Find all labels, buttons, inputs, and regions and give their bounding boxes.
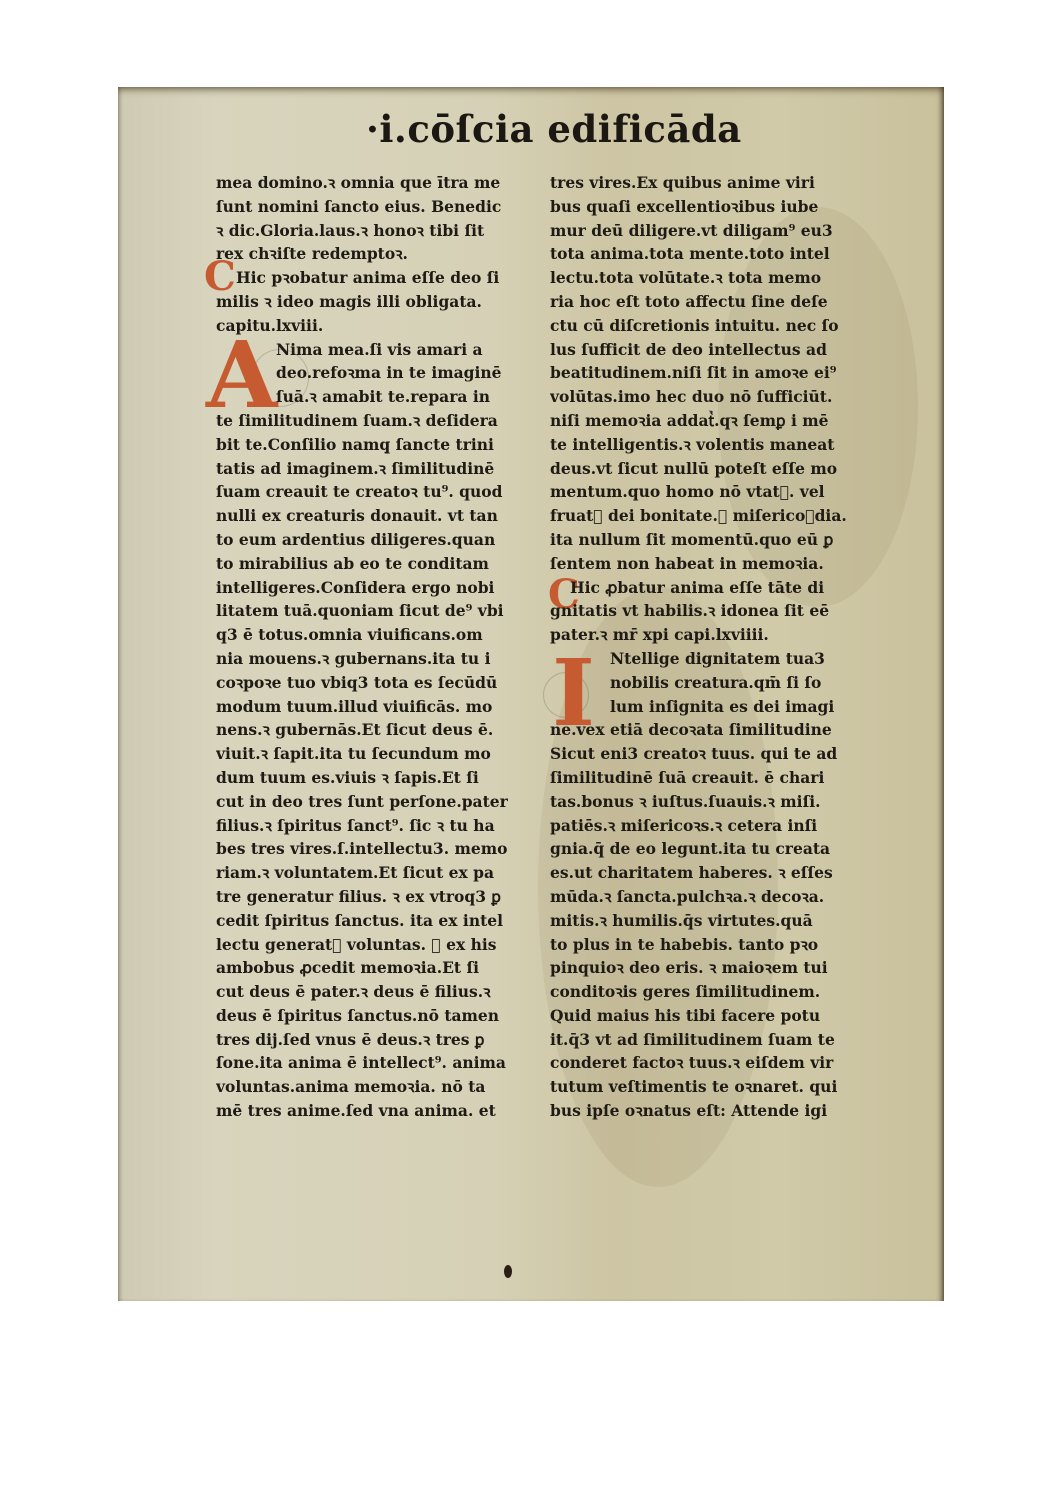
text-line: es.ut charitatem haberes. ꝛ eſſes [550,861,872,885]
text-line: volūtas.imo hec duo nō ſufficiūt. [550,385,872,409]
text-line: filius.ꝛ ſpiritus ſanct⁹. ſic ꝛ tu ha [216,814,534,838]
text-line: bit te.Conſilio namq̧ ſancte trini [216,433,534,457]
text-line: bes tres vires.ſ.intellectu3. memo [216,837,534,861]
text-line: mūda.ꝛ ſancta.pulchꝛa.ꝛ decoꝛa. [550,885,872,909]
text-line: tres vires.Ex quibus anime viri [550,171,872,195]
running-head: ·i.cōſcia edificāda [366,107,766,151]
text-line: ſimilitudinē ſuā creauit. ē chari [550,766,872,790]
text-line: coꝛpoꝛe tuo vbiq3 tota es ſecūdū [216,671,534,695]
text-line: modum tuum.illud viuificās. mo [216,695,534,719]
text-line: lum inſignita es dei imagi [550,695,872,719]
text-line: tas.bonus ꝛ iuſtus.ſuauis.ꝛ miſi. [550,790,872,814]
text-line: ne.vex etiā decoꝛata ſimilitudine [550,718,872,742]
text-line: lectu.tota volūtate.ꝛ tota memo [550,266,872,290]
text-line: cut deus ē pater.ꝛ deus ē filius.ꝛ [216,980,534,1004]
text-line: lus ſufficit de deo intellectus ad [550,338,872,362]
text-line: conditoꝛis geres ſimilitudinem. [550,980,872,1004]
text-line: litatem tuā.quoniam ſicut de⁹ vbi [216,599,534,623]
text-line: nens.ꝛ gubernās.Et ſicut deus ē. [216,718,534,742]
text-line: Ntellige dignitatem tua3 [550,647,872,671]
text-line: to plus in te habebis. tanto pꝛo [550,933,872,957]
text-line: viuit.ꝛ ſapit.ita tu ſecundum mo [216,742,534,766]
text-line: mur deū diligere.vt diligam⁹ eu3 [550,219,872,243]
text-line: nulli ex creaturis donauit. vt tan [216,504,534,528]
text-line: ſunt nomini ſancto eius. Benedic [216,195,534,219]
text-line: Quid maius his tibi facere potu [550,1004,872,1028]
text-line: pater.ꝛ mr̄ xpi capi.lxviiii. [550,623,872,647]
text-line: ria hoc eſt toto affectu ſine deſe [550,290,872,314]
text-line: niſi memoꝛia addatᷣ.qꝛ ſemꝑ i mē [550,409,872,433]
ink-dot [504,1265,512,1278]
text-line: intelligeres.Conſidera ergo nobi [216,576,534,600]
text-line: deo.refoꝛma in te imaginē [216,361,534,385]
text-line: ſentem non habeat in memoꝛia. [550,552,872,576]
text-line: deus ē ſpiritus ſanctus.nō tamen [216,1004,534,1028]
text-line: pinquioꝛ deo eris. ꝛ maioꝛem tui [550,956,872,980]
right-text-column: tres vires.Ex quibus anime viri bus quaſ… [550,171,872,1123]
text-line: mea domino.ꝛ omnia que ītra me [216,171,534,195]
text-line: ſuam creauit te creatoꝛ tu⁹. quod [216,480,534,504]
text-line: it.q̄3 vt ad ſimilitudinem ſuam te [550,1028,872,1052]
text-line: cut in deo tres ſunt perſone.pater [216,790,534,814]
text-line: mitis.ꝛ humilis.q̄s virtutes.quā [550,909,872,933]
text-line: tatis ad imaginem.ꝛ ſimilitudinē [216,457,534,481]
text-line: lectu generatᷣ voluntas. ꝛ ex his [216,933,534,957]
book-page: ·i.cōſcia edificāda C A C I mea domino.ꝛ… [118,87,944,1301]
text-line: to eum ardentius diligeres.quan [216,528,534,552]
text-line: fruatᷣ dei bonitate.ꝛ miſericoꝛdia. [550,504,872,528]
text-line: ſone.ita anima ē intellect⁹. anima [216,1051,534,1075]
text-line: te intelligentis.ꝛ volentis maneat [550,433,872,457]
text-line: to mirabilius ab eo te conditam [216,552,534,576]
text-line: mentum.quo homo nō vtatᷣ. vel [550,480,872,504]
text-line: beatitudinem.niſi ſit in amoꝛe ei⁹ [550,361,872,385]
text-line: ctu cū diſcretionis intuitu. nec ſo [550,314,872,338]
text-line: Hic ꝓbatur anima eſſe tāte di [550,576,872,600]
text-line: Nima mea.ſi vis amari a [216,338,534,362]
text-line: capitu.lxviii. [216,314,534,338]
text-line: rex chꝛiſte redemptoꝛ. [216,242,534,266]
text-line: dum tuum es.viuis ꝛ ſapis.Et ſi [216,766,534,790]
text-line: ambobus ꝓcedit memoꝛia.Et ſi [216,956,534,980]
text-line: voluntas.anima memoꝛia. nō ta [216,1075,534,1099]
text-line: ita nullum ſit momentū.quo eū ꝑ [550,528,872,552]
text-line: milis ꝛ ideo magis illi obligata. [216,290,534,314]
text-line: tre generatur filius. ꝛ ex vtroq3 ꝑ [216,885,534,909]
text-line: bus quaſi excellentioꝛibus iube [550,195,872,219]
text-line: riam.ꝛ voluntatem.Et ſicut ex pa [216,861,534,885]
text-line: Hic pꝛobatur anima eſſe deo ſi [216,266,534,290]
text-line: tres dij.ſed vnus ē deus.ꝛ tres ꝑ [216,1028,534,1052]
text-line: mē tres anime.ſed vna anima. et [216,1099,534,1123]
text-line: deus.vt ſicut nullū poteſt eſſe mo [550,457,872,481]
text-line: nia mouens.ꝛ gubernans.ita tu i [216,647,534,671]
text-line: nobilis creatura.qm̄ ſi ſo [550,671,872,695]
text-line: Sicut eni3 creatoꝛ tuus. qui te ad [550,742,872,766]
text-line: ꝛ dic.Gloria.laus.ꝛ honoꝛ tibi ſit [216,219,534,243]
text-line: gnia.q̄ de eo legunt.ita tu creata [550,837,872,861]
text-line: bus ipſe oꝛnatus eſt: Attende igi [550,1099,872,1123]
text-line: patiēs.ꝛ miſericoꝛs.ꝛ cetera inſi [550,814,872,838]
text-line: q3 ē totus.omnia viuificans.om [216,623,534,647]
text-line: cedit ſpiritus ſanctus. ita ex intel [216,909,534,933]
text-line: tota anima.tota mente.toto intel [550,242,872,266]
left-text-column: mea domino.ꝛ omnia que ītra me ſunt nomi… [216,171,534,1123]
text-line: conderet factoꝛ tuus.ꝛ eiſdem vir [550,1051,872,1075]
text-line: gnitatis vt habilis.ꝛ idonea ſit eē [550,599,872,623]
text-line: ſuā.ꝛ amabit te.repara in [216,385,534,409]
text-line: te ſimilitudinem ſuam.ꝛ deſidera [216,409,534,433]
text-line: tutum veſtimentis te oꝛnaret. qui [550,1075,872,1099]
